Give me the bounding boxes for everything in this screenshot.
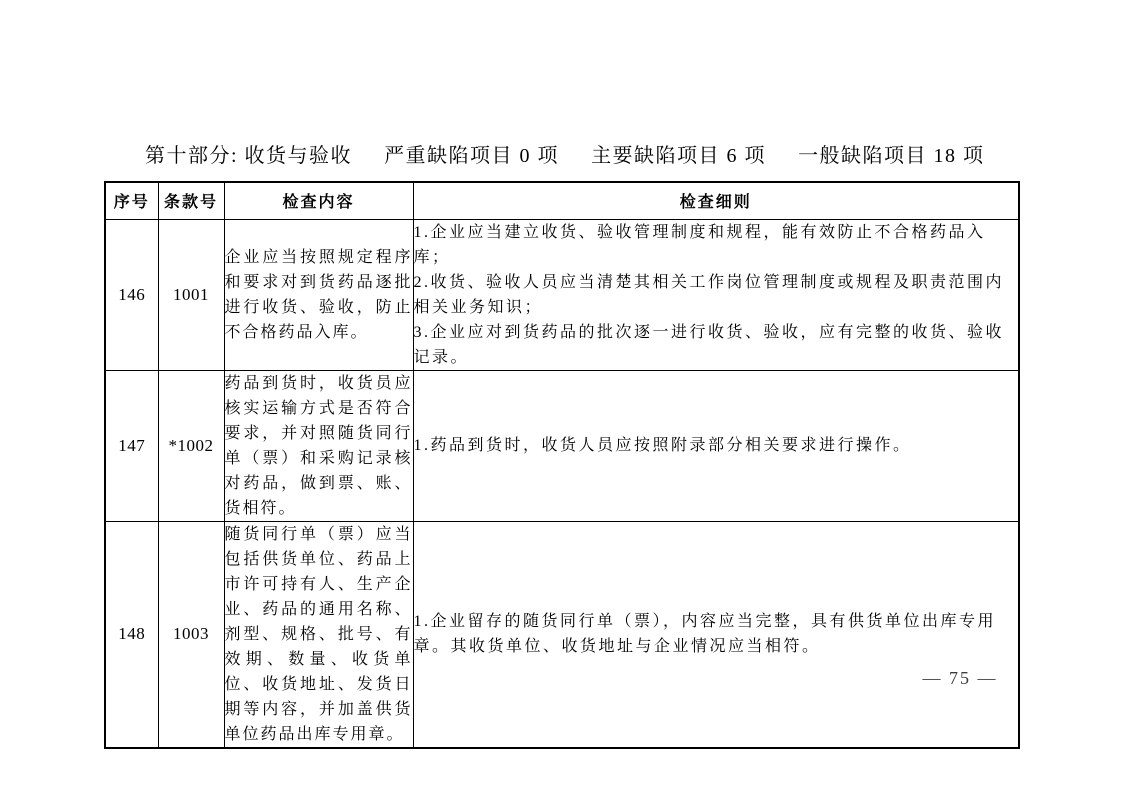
- detail-line: 3.企业应对到货药品的批次逐一进行收货、验收，应有完整的收货、验收记录。: [414, 320, 1019, 370]
- section-title-part-major-count: 主要缺陷项目 6 项: [591, 143, 766, 169]
- cell-seq: 147: [105, 370, 158, 521]
- col-header-clause: 条款号: [158, 182, 224, 219]
- table-row: 146 1001 企业应当按照规定程序和要求对到货药品逐批进行收货、验收，防止不…: [105, 219, 1019, 370]
- inspection-table: 序号 条款号 检查内容 检查细则 146 1001 企业应当按照规定程序和要求对…: [104, 181, 1020, 749]
- cell-details: 1.药品到货时，收货人员应按照附录部分相关要求进行操作。: [413, 370, 1019, 521]
- cell-details: 1.企业留存的随货同行单（票），内容应当完整，具有供货单位出库专用章。其收货单位…: [413, 521, 1019, 748]
- table-row: 148 1003 随货同行单（票）应当包括供货单位、药品上市许可持有人、生产企业…: [105, 521, 1019, 748]
- col-header-content: 检查内容: [224, 182, 413, 219]
- content-text: 药品到货时，收货员应核实运输方式是否符合要求，并对照随货同行单（票）和采购记录核…: [225, 371, 413, 521]
- content-text: 随货同行单（票）应当包括供货单位、药品上市许可持有人、生产企业、药品的通用名称、…: [225, 522, 413, 747]
- cell-content: 随货同行单（票）应当包括供货单位、药品上市许可持有人、生产企业、药品的通用名称、…: [224, 521, 413, 748]
- cell-seq: 148: [105, 521, 158, 748]
- document-page: 第十部分: 收货与验收 严重缺陷项目 0 项 主要缺陷项目 6 项 一般缺陷项目…: [0, 0, 1122, 793]
- cell-content: 企业应当按照规定程序和要求对到货药品逐批进行收货、验收，防止不合格药品入库。: [224, 219, 413, 370]
- cell-details: 1.企业应当建立收货、验收管理制度和规程，能有效防止不合格药品入库； 2.收货、…: [413, 219, 1019, 370]
- cell-content: 药品到货时，收货员应核实运输方式是否符合要求，并对照随货同行单（票）和采购记录核…: [224, 370, 413, 521]
- table-row: 147 *1002 药品到货时，收货员应核实运输方式是否符合要求，并对照随货同行…: [105, 370, 1019, 521]
- table-header-row: 序号 条款号 检查内容 检查细则: [105, 182, 1019, 219]
- detail-line: 1.药品到货时，收货人员应按照附录部分相关要求进行操作。: [414, 433, 1019, 458]
- section-title-part-critical-count: 严重缺陷项目 0 项: [384, 143, 559, 169]
- cell-clause: 1003: [158, 521, 224, 748]
- section-title-part-general-count: 一般缺陷项目 18 项: [798, 143, 985, 169]
- detail-line: 1.企业应当建立收货、验收管理制度和规程，能有效防止不合格药品入库；: [414, 220, 1019, 270]
- detail-line: 1.企业留存的随货同行单（票），内容应当完整，具有供货单位出库专用章。其收货单位…: [414, 609, 1019, 659]
- cell-clause: *1002: [158, 370, 224, 521]
- section-title-part-name: 第十部分: 收货与验收: [145, 143, 352, 169]
- col-header-details: 检查细则: [413, 182, 1019, 219]
- content-text: 企业应当按照规定程序和要求对到货药品逐批进行收货、验收，防止不合格药品入库。: [225, 245, 413, 345]
- page-number: — 75 —: [900, 668, 1020, 689]
- cell-clause: 1001: [158, 219, 224, 370]
- col-header-seq: 序号: [105, 182, 158, 219]
- section-title: 第十部分: 收货与验收 严重缺陷项目 0 项 主要缺陷项目 6 项 一般缺陷项目…: [145, 143, 985, 169]
- cell-seq: 146: [105, 219, 158, 370]
- detail-line: 2.收货、验收人员应当清楚其相关工作岗位管理制度或规程及职责范围内相关业务知识；: [414, 270, 1019, 320]
